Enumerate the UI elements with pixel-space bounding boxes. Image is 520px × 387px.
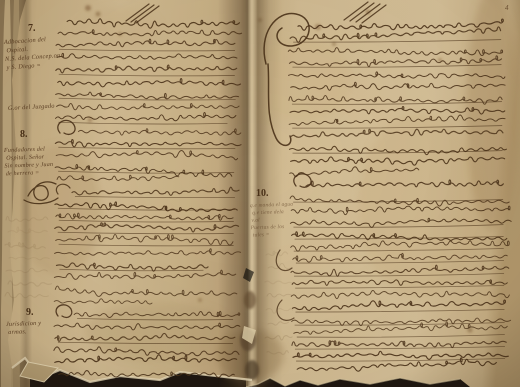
photo-vignette: [0, 0, 520, 387]
manuscript-photo: 7. Adbocacion del Ospital. N.S. dela Con…: [0, 0, 520, 387]
manuscript-spread: 7. Adbocacion del Ospital. N.S. dela Con…: [0, 0, 520, 387]
